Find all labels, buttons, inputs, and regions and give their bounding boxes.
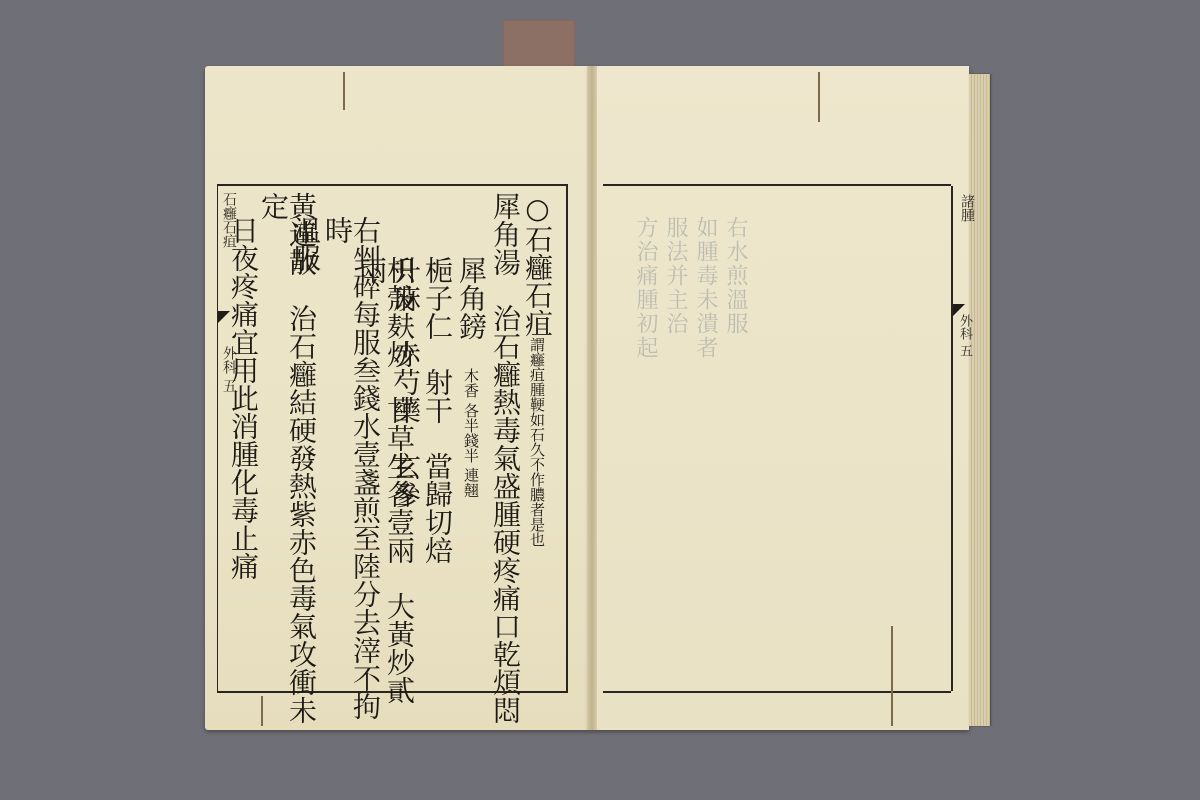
page-edges <box>969 74 990 726</box>
column-main-text: 梔子仁 <box>421 256 454 340</box>
text-column-9: 黃連散 治石癰結硬發熱紫赤色毒氣攻衝未定 <box>259 192 315 730</box>
column-note: 謂癰疽腫鞕如石久不作膿者是也 <box>528 337 546 547</box>
column-main-text: 犀角湯 <box>489 192 522 276</box>
column-main-text: 犀角鎊 <box>455 256 488 340</box>
text-column-2: 犀角湯 治石癰熱毒氣盛腫硬疼痛口乾煩悶 <box>491 192 519 724</box>
right-frame-edge <box>951 186 953 691</box>
column-note: 射干 當歸切焙 <box>421 368 454 564</box>
ink-show-through: 方治痛腫初起 服法并主治 如腫毒未潰者 右水煎溫服 <box>620 196 940 686</box>
right-margin-title: 諸腫 <box>957 194 977 222</box>
paper-crack <box>818 72 820 122</box>
text-column-3: 犀角鎊 木香 各半錢半 連翹 <box>457 256 485 498</box>
column-main-text: ○石癰石疽 <box>521 192 554 337</box>
text-column-10: 日夜疼痛宜用此消腫化毒止痛 <box>229 216 257 580</box>
text-column-1: ○石癰石疽謂癰疽腫鞕如石久不作膿者是也 <box>523 192 551 547</box>
column-note: 木香 各半錢半 連翹 <box>462 368 480 498</box>
paper-crack <box>891 626 893 726</box>
right-margin-folio: 外科 五 <box>955 314 974 357</box>
column-main-text: 日夜疼痛宜用此消腫化毒止痛 <box>227 216 260 580</box>
text-column-4: 梔子仁 射干 當歸切焙 <box>423 256 451 564</box>
column-note: 治石癰熱毒氣盛腫硬疼痛口乾煩悶 <box>489 304 522 724</box>
paper-crack <box>343 72 345 110</box>
text-column-7: 右剉碎每服叁錢水壹盞煎至陸分去滓不拘時 <box>323 216 379 730</box>
paper-crack <box>261 696 263 726</box>
column-main-text: 右剉碎每服叁錢水壹盞煎至陸分去滓不拘時 <box>321 216 382 720</box>
open-book: 石癰石疽 外科 五 ○石癰石疽謂癰疽腫鞕如石久不作膿者是也 犀角湯 治石癰熱毒氣… <box>205 66 990 730</box>
book-gutter <box>587 66 597 730</box>
